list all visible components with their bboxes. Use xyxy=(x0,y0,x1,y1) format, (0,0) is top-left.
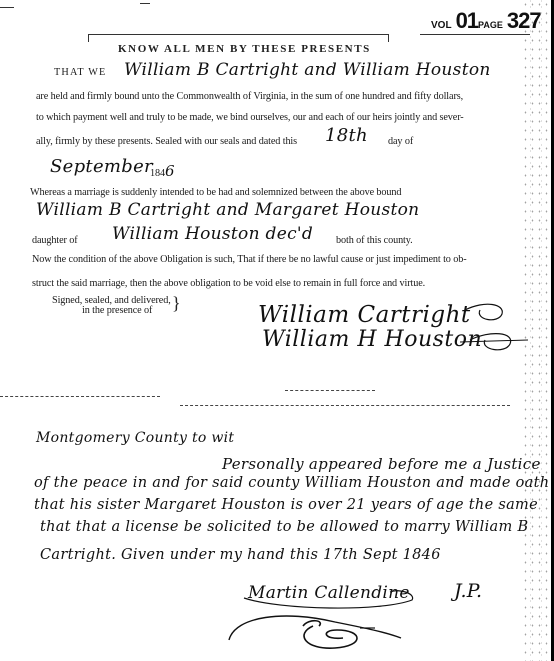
whereas-line: Whereas a marriage is suddenly intended … xyxy=(30,187,401,198)
signature-houston: William H Houston xyxy=(262,327,482,352)
county-heading: Montgomery County to wit xyxy=(36,430,234,446)
justice-title: J.P. xyxy=(454,580,482,602)
scan-artifact-line xyxy=(0,7,14,8)
father-handwritten: William Houston dec'd xyxy=(112,224,313,244)
certificate-line-1: Personally appeared before me a Justice xyxy=(222,455,541,473)
header-rule-tick xyxy=(388,34,389,42)
certificate-line-5: Cartright. Given under my hand this 17th… xyxy=(40,547,441,563)
paraph-flourish-icon xyxy=(225,608,405,658)
vol-label: VOL xyxy=(431,20,452,31)
certificate-line-2: of the peace in and for said county Will… xyxy=(34,475,549,491)
bond-line-2: to which payment well and truly to be ma… xyxy=(36,112,464,123)
day-of-label: day of xyxy=(388,136,413,147)
seal-flourish-icon xyxy=(460,300,530,360)
section-divider xyxy=(180,405,510,406)
condition-line-1: Now the condition of the above Obligatio… xyxy=(32,254,467,265)
bond-line-1: are held and firmly bound unto the Commo… xyxy=(36,91,463,102)
certificate-line-3: that his sister Margaret Houston is over… xyxy=(34,497,538,513)
header-rule xyxy=(88,34,388,35)
daughter-of-label: daughter of xyxy=(32,235,78,246)
year-line: 1846 xyxy=(150,162,175,180)
page-label: PAGE xyxy=(478,20,503,30)
document-page: VOL 01PAGE 327 KNOW ALL MEN BY THESE PRE… xyxy=(0,0,554,661)
that-we-label: THAT WE xyxy=(54,67,106,78)
scan-artifact-line xyxy=(140,3,150,4)
stamp-underline xyxy=(420,34,530,35)
bond-line-3: ally, firmly by these presents. Sealed w… xyxy=(36,136,297,147)
year-printed: 184 xyxy=(150,168,165,179)
presence-of-line: in the presence of xyxy=(82,305,152,316)
vol-number: 01 xyxy=(456,8,478,33)
both-of-county: both of this county. xyxy=(336,235,413,246)
year-handwritten-digit: 6 xyxy=(165,162,175,180)
certificate-line-4: that that a license be solicited to be a… xyxy=(40,519,528,535)
parties-handwritten: William B Cartright and Margaret Houston xyxy=(36,200,419,220)
page-number: 327 xyxy=(507,8,541,33)
day-handwritten: 18th xyxy=(325,125,368,146)
section-divider xyxy=(285,390,375,391)
header-rule-tick xyxy=(88,34,89,42)
volume-page-stamp: VOL 01PAGE 327 xyxy=(431,8,541,34)
brace: } xyxy=(172,293,181,314)
signature-cartright: William Cartright xyxy=(258,302,471,328)
document-title: KNOW ALL MEN BY THESE PRESENTS xyxy=(118,43,371,55)
condition-line-2: struct the said marriage, then the above… xyxy=(32,278,425,289)
obligors-handwritten: William B Cartright and William Houston xyxy=(124,60,491,80)
month-handwritten: September xyxy=(50,156,153,177)
section-divider xyxy=(0,396,160,397)
